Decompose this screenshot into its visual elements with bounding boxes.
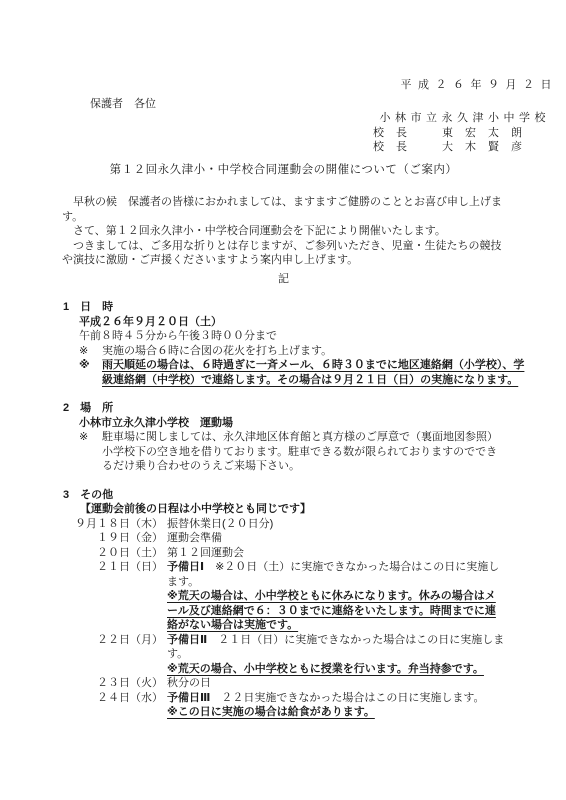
document-title: 第１２回永久津小・中学校合同運動会の開催について（ご案内） [62,163,505,178]
section-datetime-heading: 1 日 時 [63,300,505,315]
section-datetime: 1 日 時 平成２６年９月２０日（土） 午前８時４５分から午後３時００分まで ※… [62,300,505,387]
schedule-label: 予備日Ⅰ [167,561,204,573]
schedule-text: 第１２回運動会 [167,546,505,561]
note-mark: ※ [79,430,102,474]
parking-note: ※ 駐車場に関しましては、永久津地区体育館と真方様のご厚意で（裏面地図参照）小学… [79,430,505,474]
schedule-warning-note: ※荒天の場合、小中学校ともに授業を行います。弁当持参です。 [167,662,505,677]
ki-marker: 記 [62,272,505,287]
note-mark: ※ [79,344,102,359]
schedule-label: 予備日Ⅱ [167,634,207,646]
schedule-row: ２３日（火） 秋分の日 [75,676,505,691]
section-other-heading: 3 その他 [63,488,505,503]
schedule-text: ２１日（日）に実施できなかった場合はこの日に実施します。 [167,634,504,661]
invitation-paragraph: つきましては、ご多用な折りとは存じますが、ご参列いただき、児童・生徒たちの競技や… [62,239,505,268]
section-datetime-body: 平成２６年９月２０日（土） 午前８時４５分から午後３時００分まで ※ 実施の場合… [79,315,505,388]
fireworks-note: ※ 実施の場合６時に合図の花火を打ち上げます。 [79,344,505,359]
schedule-note-heading: 【運動会前後の日程は小中学校とも同じです】 [80,502,505,517]
schedule-date: ２２日（月） [75,633,167,677]
section-place-body: 小林市立永久津小学校 運動場 ※ 駐車場に関しましては、永久津地区体育館と真方様… [79,416,505,474]
section-place-heading: 2 場 所 [63,401,505,416]
venue-name: 小林市立永久津小学校 運動場 [79,416,505,431]
announcement-paragraph: さて、第１２回永久津小・中学校合同運動会を下記により開催いたします。 [62,224,505,239]
event-time: 午前８時４５分から午後３時００分まで [79,329,505,344]
addressee: 保護者 各位 [90,97,505,112]
schedule-date: ２１日（日） [75,560,167,633]
note-mark: ※ [79,358,102,387]
schedule-text: 運動会準備 [167,531,505,546]
schedule-row: ２０日（土） 第１２回運動会 [75,546,505,561]
schedule-row: ２１日（日） 予備日Ⅰ ※２０日（土）に実施できなかった場合はこの日に実施します… [75,560,505,633]
header-date-block: 平成２６年９月２日 [62,78,505,93]
schedule-text: 秋分の日 [167,676,505,691]
document-page: 平成２６年９月２日 保護者 各位 小林市立永久津小中学校 校長 東宏太朗 校長 … [0,0,566,800]
principal-line-1: 校長 東宏太朗 [62,126,534,141]
sender-block: 小林市立永久津小中学校 校長 東宏太朗 校長 大木賢彦 [62,111,505,155]
schedule-date: ２４日（水） [75,691,167,720]
section-other: 3 その他 【運動会前後の日程は小中学校とも同じです】 ９月１８日（木） 振替休… [62,488,505,720]
schedule-list: ９月１８日（木） 振替休業日(２０日分) １９日（金） 運動会準備 ２０日（土）… [75,517,505,720]
greeting-paragraph: 早秋の候 保護者の皆様におかれましては、ますますご健勝のこととお喜び申し上げます… [62,195,505,224]
principal-line-2: 校長 大木賢彦 [62,140,534,155]
schedule-warning-note: ※この日に実施の場合は給食があります。 [167,705,505,720]
document-date: 平成２６年９月２日 [62,78,558,93]
section-place: 2 場 所 小林市立永久津小学校 運動場 ※ 駐車場に関しましては、永久津地区体… [62,401,505,474]
schedule-content: 予備日Ⅰ ※２０日（土）に実施できなかった場合はこの日に実施します。※荒天の場合… [167,560,505,633]
schedule-row: ２４日（水） 予備日Ⅲ ２２日実施できなかった場合はこの日に実施します。※この日… [75,691,505,720]
schedule-content: 予備日Ⅱ ２１日（日）に実施できなかった場合はこの日に実施します。※荒天の場合、… [167,633,505,677]
schedule-text: 振替休業日(２０日分) [167,517,505,532]
school-name: 小林市立永久津小中学校 [62,111,550,126]
schedule-date: １９日（金） [75,531,167,546]
schedule-text: ２２日実施できなかった場合はこの日に実施します。 [210,692,484,704]
fireworks-note-text: 実施の場合６時に合図の花火を打ち上げます。 [102,344,505,359]
schedule-row: ２２日（月） 予備日Ⅱ ２１日（日）に実施できなかった場合はこの日に実施します。… [75,633,505,677]
schedule-text: ※２０日（土）に実施できなかった場合はこの日に実施します。 [167,561,499,588]
schedule-row: １９日（金） 運動会準備 [75,531,505,546]
schedule-date: ９月１８日（木） [75,517,167,532]
event-date: 平成２６年９月２０日（土） [79,315,505,330]
schedule-warning-note: ※荒天の場合は、小中学校ともに休みになります。休みの場合はメール及び連絡網で６：… [167,589,505,633]
parking-note-text: 駐車場に関しましては、永久津地区体育館と真方様のご厚意で（裏面地図参照）小学校下… [102,430,505,474]
rain-postpone-note: ※ 雨天順延の場合は、６時過ぎに一斉メール、６時３０までに地区連絡網（小学校）、… [79,358,505,387]
schedule-date: ２３日（火） [75,676,167,691]
section-other-body: 【運動会前後の日程は小中学校とも同じです】 ９月１８日（木） 振替休業日(２０日… [79,502,505,720]
schedule-row: ９月１８日（木） 振替休業日(２０日分) [75,517,505,532]
schedule-label: 予備日Ⅲ [167,692,210,704]
schedule-content: 予備日Ⅲ ２２日実施できなかった場合はこの日に実施します。※この日に実施の場合は… [167,691,505,720]
schedule-date: ２０日（土） [75,546,167,561]
rain-postpone-note-text: 雨天順延の場合は、６時過ぎに一斉メール、６時３０までに地区連絡網（小学校）、学級… [102,358,529,387]
